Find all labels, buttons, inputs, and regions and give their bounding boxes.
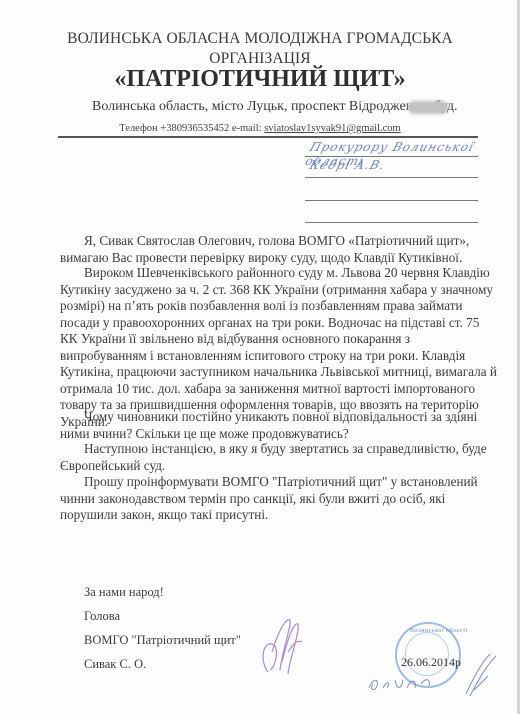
paragraph-4: Наступною інстанцією, в яку я буду зверт… — [60, 441, 500, 474]
org-name-line1: ВОЛИНСЬКА ОБЛАСНА МОЛОДІЖНА ГРОМАДСЬКА — [0, 30, 520, 48]
org-address: Волинська область, місто Луцьк, проспект… — [92, 99, 457, 115]
closing-slogan: За нами народ! — [84, 585, 164, 600]
paragraph-text: Прошу проінформувати ВОМГО "Патріотичний… — [60, 474, 500, 524]
addressee-line-3 — [305, 200, 478, 201]
header-divider — [58, 136, 478, 138]
letter-page: ВОЛИНСЬКА ОБЛАСНА МОЛОДІЖНА ГРОМАДСЬКА О… — [0, 0, 520, 714]
handwritten-addressee-line2: Кедрі А.В. — [308, 158, 387, 172]
paragraph-2: Вироком Шевченківського районного суду м… — [60, 265, 500, 430]
redacted-building-number — [408, 101, 448, 114]
addressee-line-4 — [305, 222, 478, 223]
handwritten-initial-icon — [462, 650, 502, 700]
addressee-line-2 — [305, 177, 478, 178]
paragraph-text: Вироком Шевченківського районного суду м… — [60, 265, 500, 430]
signer-name: Сивак С. О. — [84, 657, 146, 672]
phone-text: Телефон +380936535452 e-mail: — [119, 123, 264, 134]
paragraph-text: Чому чиновники постійно уникають повної … — [60, 409, 500, 442]
paragraph-text: Я, Сивак Святослав Олегович, голова ВОМГ… — [60, 233, 500, 266]
handwritten-signature-icon — [258, 612, 308, 682]
handwritten-date-icon — [365, 670, 435, 695]
stamp-ring-text: Волинської області — [410, 628, 468, 634]
signer-title: Голова — [84, 609, 120, 624]
paragraph-3: Чому чиновники постійно уникають повної … — [60, 409, 500, 442]
stamp-date: 26.06.2014р — [401, 655, 461, 670]
org-brand-title: «ПАТРІОТИЧНИЙ ЩИТ» — [0, 66, 520, 93]
paragraph-5: Прошу проінформувати ВОМГО "Патріотичний… — [60, 474, 500, 524]
email-link[interactable]: sviatoslav1syvak91@gmail.com — [264, 123, 401, 134]
org-contact: Телефон +380936535452 e-mail: sviatoslav… — [0, 123, 520, 134]
signer-org: ВОМГО "Патріотичний щит" — [84, 633, 241, 648]
paragraph-text: Наступною інстанцією, в яку я буду зверт… — [60, 441, 500, 474]
paragraph-1: Я, Сивак Святослав Олегович, голова ВОМГ… — [60, 233, 500, 266]
